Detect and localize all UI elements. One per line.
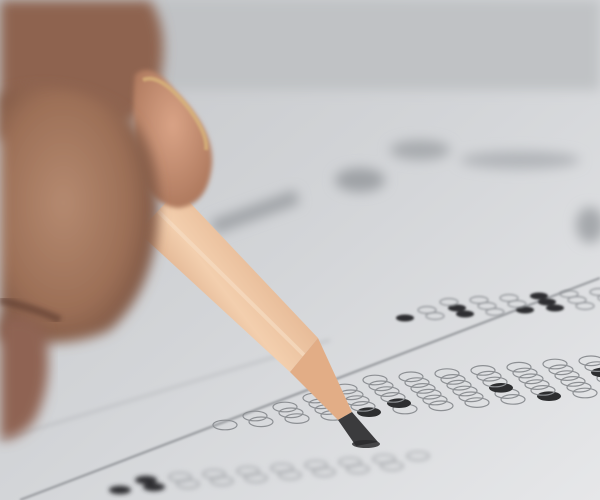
filled-answer-bubble bbox=[396, 315, 414, 322]
filled-answer-bubble bbox=[538, 299, 556, 306]
pencil-mark bbox=[352, 440, 380, 448]
filled-answer-bubble bbox=[456, 311, 474, 318]
filled-answer-bubble bbox=[489, 383, 513, 393]
filled-answer-bubble bbox=[537, 391, 561, 401]
filled-answer-bubble bbox=[387, 398, 411, 408]
filled-answer-bubble bbox=[135, 476, 157, 484]
filled-answer-bubble bbox=[530, 293, 548, 300]
filled-answer-bubble bbox=[357, 407, 381, 417]
answer-sheet-photo bbox=[0, 0, 600, 500]
filled-answer-bubble bbox=[109, 486, 131, 494]
filled-answer-bubble bbox=[546, 305, 564, 312]
background-shadow bbox=[150, 0, 600, 90]
photo-canvas bbox=[0, 0, 600, 500]
